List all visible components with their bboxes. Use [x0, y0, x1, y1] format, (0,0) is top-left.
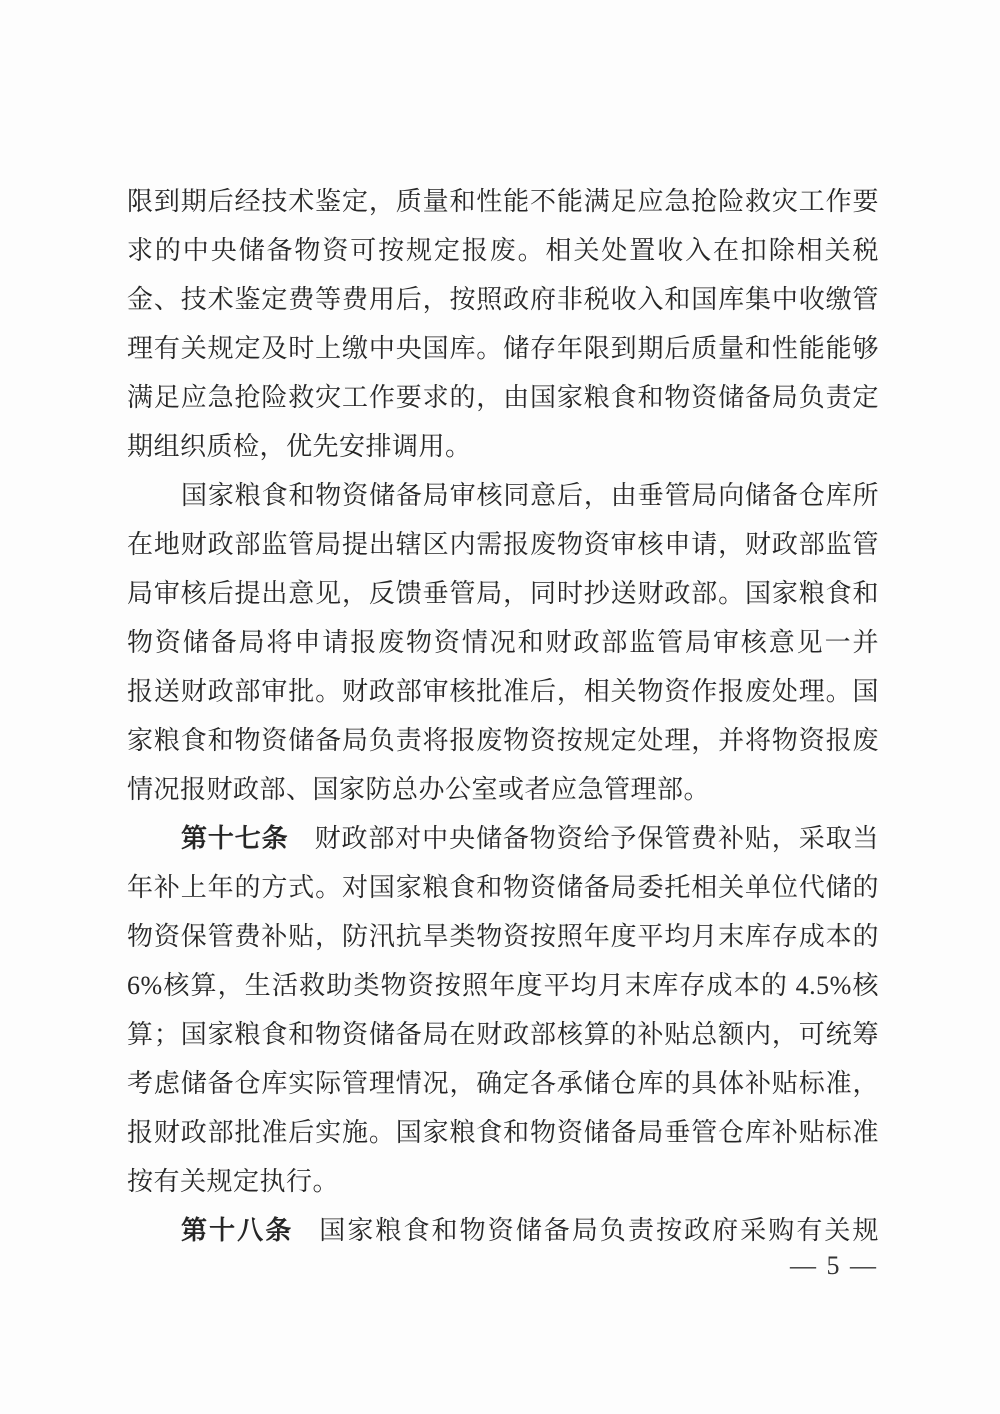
line-text: 局审核后提出意见，反馈垂管局，同时抄送财政部。国家粮食和: [127, 579, 879, 608]
text-line: 算；国家粮食和物资储备局在财政部核算的补贴总额内，可统筹: [127, 1010, 879, 1059]
text-line: 金、技术鉴定费等费用后，按照政府非税收入和国库集中收缴管: [127, 275, 879, 324]
line-text: 求的中央储备物资可按规定报废。相关处置收入在扣除相关税: [127, 236, 879, 265]
line-text: 期组织质检，优先安排调用。: [127, 432, 472, 461]
line-text: 家粮食和物资储备局负责将报废物资按规定处理，并将物资报废: [127, 726, 879, 755]
line-text: 在地财政部监管局提出辖区内需报废物资审核申请，财政部监管: [127, 530, 879, 559]
text-line: 理有关规定及时上缴中央国库。储存年限到期后质量和性能能够: [127, 324, 879, 373]
line-text: 算；国家粮食和物资储备局在财政部核算的补贴总额内，可统筹: [127, 1020, 879, 1049]
text-line: 局审核后提出意见，反馈垂管局，同时抄送财政部。国家粮食和: [127, 569, 879, 618]
text-line: 报送财政部审批。财政部审核批准后，相关物资作报废处理。国: [127, 667, 879, 716]
text-line: 报财政部批准后实施。国家粮食和物资储备局垂管仓库补贴标准: [127, 1108, 879, 1157]
text-line: 年补上年的方式。对国家粮食和物资储备局委托相关单位代储的: [127, 863, 879, 912]
text-line: 家粮食和物资储备局负责将报废物资按规定处理，并将物资报废: [127, 716, 879, 765]
line-text: 考虑储备仓库实际管理情况，确定各承储仓库的具体补贴标准，: [127, 1069, 879, 1098]
document-page: 限到期后经技术鉴定，质量和性能不能满足应急抢险救灾工作要求的中央储备物资可按规定…: [0, 0, 1000, 1414]
text-line: 情况报财政部、国家防总办公室或者应急管理部。: [127, 765, 879, 814]
text-line: 按有关规定执行。: [127, 1157, 879, 1206]
line-text: 金、技术鉴定费等费用后，按照政府非税收入和国库集中收缴管: [127, 285, 879, 314]
line-text: 理有关规定及时上缴中央国库。储存年限到期后质量和性能能够: [127, 334, 879, 363]
article-number: 第十七条: [181, 824, 289, 853]
text-line: 第十七条财政部对中央储备物资给予保管费补贴，采取当: [127, 814, 879, 863]
line-text: 物资保管费补贴，防汛抗旱类物资按照年度平均月末库存成本的: [127, 922, 879, 951]
line-text: 按有关规定执行。: [127, 1167, 339, 1196]
text-line: 第十八条国家粮食和物资储备局负责按政府采购有关规: [127, 1206, 879, 1255]
line-text: 年补上年的方式。对国家粮食和物资储备局委托相关单位代储的: [127, 873, 879, 902]
text-line: 国家粮食和物资储备局审核同意后，由垂管局向储备仓库所: [127, 471, 879, 520]
line-text: 6%核算，生活救助类物资按照年度平均月末库存成本的 4.5%核: [127, 971, 879, 1000]
text-line: 限到期后经技术鉴定，质量和性能不能满足应急抢险救灾工作要: [127, 177, 879, 226]
text-line: 6%核算，生活救助类物资按照年度平均月末库存成本的 4.5%核: [127, 961, 879, 1010]
line-text: 物资储备局将申请报废物资情况和财政部监管局审核意见一并: [127, 628, 879, 657]
text-line: 在地财政部监管局提出辖区内需报废物资审核申请，财政部监管: [127, 520, 879, 569]
article-number: 第十八条: [181, 1216, 293, 1245]
text-line: 物资储备局将申请报废物资情况和财政部监管局审核意见一并: [127, 618, 879, 667]
line-text: 报财政部批准后实施。国家粮食和物资储备局垂管仓库补贴标准: [127, 1118, 879, 1147]
line-text: 满足应急抢险救灾工作要求的，由国家粮食和物资储备局负责定: [127, 383, 879, 412]
line-text: 报送财政部审批。财政部审核批准后，相关物资作报废处理。国: [127, 677, 879, 706]
text-line: 考虑储备仓库实际管理情况，确定各承储仓库的具体补贴标准，: [127, 1059, 879, 1108]
line-text: 情况报财政部、国家防总办公室或者应急管理部。: [127, 775, 710, 804]
text-line: 物资保管费补贴，防汛抗旱类物资按照年度平均月末库存成本的: [127, 912, 879, 961]
line-text: 财政部对中央储备物资给予保管费补贴，采取当: [315, 824, 879, 853]
line-text: 限到期后经技术鉴定，质量和性能不能满足应急抢险救灾工作要: [127, 187, 879, 216]
page-number: — 5 —: [790, 1248, 878, 1284]
text-line: 满足应急抢险救灾工作要求的，由国家粮食和物资储备局负责定: [127, 373, 879, 422]
line-text: 国家粮食和物资储备局审核同意后，由垂管局向储备仓库所: [181, 481, 879, 510]
text-line: 求的中央储备物资可按规定报废。相关处置收入在扣除相关税: [127, 226, 879, 275]
document-body: 限到期后经技术鉴定，质量和性能不能满足应急抢险救灾工作要求的中央储备物资可按规定…: [127, 177, 879, 1255]
text-line: 期组织质检，优先安排调用。: [127, 422, 879, 471]
line-text: 国家粮食和物资储备局负责按政府采购有关规: [319, 1216, 879, 1245]
